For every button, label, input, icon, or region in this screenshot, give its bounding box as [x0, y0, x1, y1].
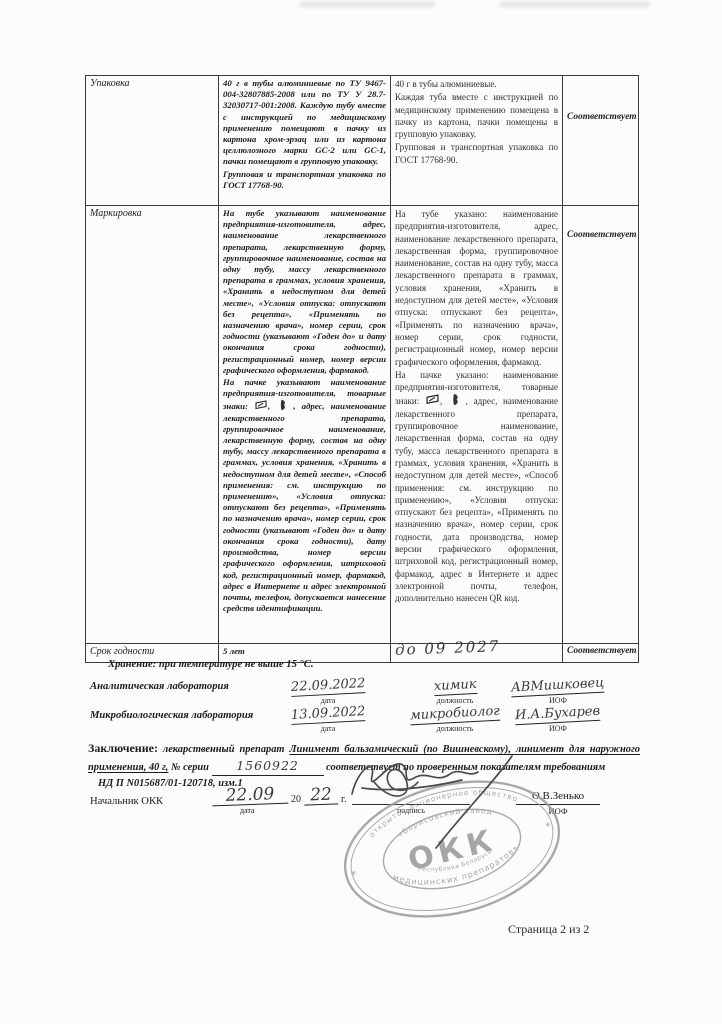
okk-head-label: Начальник ОКК [90, 796, 163, 807]
handwritten-serial-number: 1560922 [236, 758, 299, 773]
handwritten-signature [344, 752, 534, 862]
handwritten-position: химик [433, 677, 476, 696]
table-row-packaging: Упаковка 40 г в тубы алюминиевые по ТУ 9… [86, 76, 639, 206]
handwritten-position: микробиолог [410, 704, 501, 726]
row-label: Маркировка [90, 208, 142, 219]
shelf-life-conformity-cell: Соответствует [563, 644, 639, 663]
analytical-lab-label: Аналитическая лаборатория [90, 681, 229, 692]
trademark-flag-icon [255, 400, 267, 411]
trademark-flag-icon [426, 394, 439, 406]
conformity-text: Соответствует [567, 230, 637, 240]
conformity-text: Соответствует [567, 112, 637, 122]
shelf-life-result-cell: до 09 2027 [391, 644, 563, 663]
handwritten-year: 22 [304, 785, 339, 805]
row-label: Срок годности [90, 646, 154, 657]
analytical-date-field: 22.09.2022 дата [283, 676, 373, 705]
result-text: 40 г в тубы алюминиевые. [395, 78, 558, 90]
scanned-qc-document-page: Упаковка 40 г в тубы алюминиевые по ТУ 9… [0, 0, 722, 1024]
requirement-text: Групповая и транспортная упаковка по ГОС… [223, 169, 386, 191]
handwritten-expiry-date: до 09 2027 [395, 640, 501, 656]
analytical-position-field: химик должность [405, 676, 505, 705]
marking-requirement-cell: На тубе указывают наименование предприят… [219, 206, 391, 644]
result-text: Каждая туба вместе с инструкцией по меди… [395, 91, 558, 140]
row-label: Упаковка [90, 78, 130, 89]
packaging-conformity-cell: Соответствует [563, 76, 639, 206]
stamp-star-left: * [350, 868, 359, 882]
requirement-text: 40 г в тубы алюминиевые по ТУ 9467-004-3… [223, 78, 386, 168]
requirement-text: На тубе указывают наименование предприят… [223, 208, 386, 376]
trademark-b-icon [277, 399, 286, 411]
handwritten-date: 13.09.2022 [290, 704, 365, 725]
requirement-text-with-icons: На пачке указывают наименование предприя… [223, 377, 386, 614]
qc-results-table: Упаковка 40 г в тубы алюминиевые по ТУ 9… [85, 75, 639, 663]
storage-conditions-note: Хранение: при температуре не выше 15 °С. [108, 659, 313, 670]
micro-date-field: 13.09.2022 дата [283, 704, 373, 733]
packaging-requirement-cell: 40 г в тубы алюминиевые по ТУ 9467-004-3… [219, 76, 391, 206]
serial-fill-line: 1560922 [212, 758, 324, 777]
marking-conformity-cell: Соответствует [563, 206, 639, 644]
printed-century: 20 [291, 794, 301, 805]
result-text: Групповая и транспортная упаковка по ГОС… [395, 141, 558, 166]
table-row-marking: Маркировка На тубе указывают наименовани… [86, 206, 639, 644]
conformity-text: Соответствует [567, 646, 637, 656]
packaging-result-cell: 40 г в тубы алюминиевые. Каждая туба вме… [391, 76, 563, 206]
handwritten-day-month: 22.09 [212, 785, 289, 807]
handwritten-date: 22.09.2022 [290, 676, 365, 697]
packaging-label-cell: Упаковка [86, 76, 219, 206]
micro-lab-label: Микробиологическая лаборатория [90, 710, 253, 721]
result-text-with-icons: На пачке указано: наименование предприят… [395, 369, 558, 605]
bleedthrough-mark [300, 2, 435, 7]
result-text: На тубе указано: наименование предприяти… [395, 208, 558, 368]
conclusion-heading: Заключение: [88, 741, 158, 755]
marking-result-cell: На тубе указано: наименование предприяти… [391, 206, 563, 644]
trademark-b-icon [449, 393, 459, 406]
micro-name-field: И.А.Бухарев ИОФ [502, 704, 614, 733]
handwritten-name: АВМишковец [511, 676, 605, 698]
conclusion-intro: лекарственный препарат [163, 744, 285, 755]
page-number: Страница 2 из 2 [508, 922, 589, 937]
serial-label: № серии [171, 762, 209, 773]
bleedthrough-mark [500, 2, 650, 7]
micro-position-field: микробиолог должность [405, 704, 505, 733]
marking-label-cell: Маркировка [86, 206, 219, 644]
handwritten-name: И.А.Бухарев [515, 704, 601, 725]
analytical-name-field: АВМишковец ИОФ [502, 676, 614, 705]
